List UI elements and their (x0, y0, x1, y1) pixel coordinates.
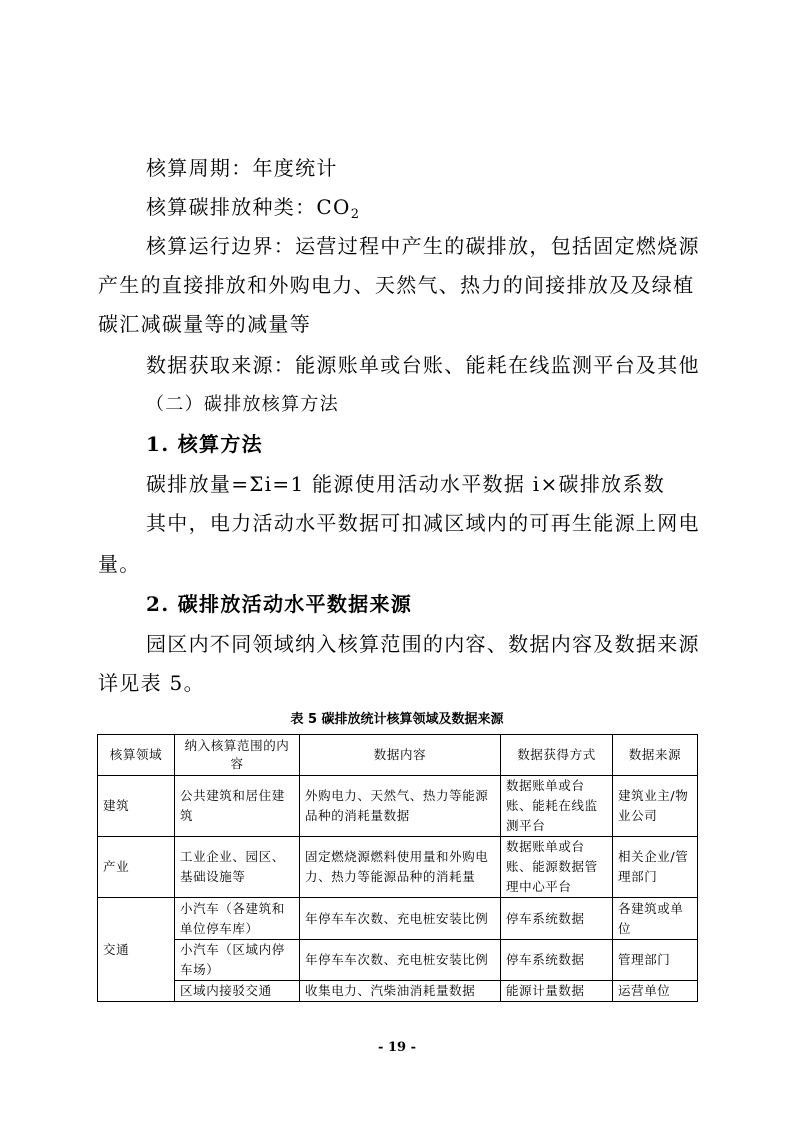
cell-method: 停车系统数据 (501, 940, 613, 981)
sub-heading-1: 1. 核算方法 (146, 432, 263, 456)
intro-line-1: 园区内不同领域纳入核算范围的内容、数据内容及数据来源 (146, 632, 700, 656)
cell-source: 建筑业主/物业公司 (613, 776, 698, 837)
note-line-1: 其中，电力活动水平数据可扣减区域内的可再生能源上网电 (146, 511, 700, 535)
header-domain: 核算领域 (98, 735, 175, 776)
header-content: 数据内容 (300, 735, 501, 776)
gas-type-value: CO (316, 195, 350, 219)
cell-content: 年停车车次数、充电桩安装比例 (300, 898, 501, 940)
cell-method: 能源计量数据 (501, 981, 613, 1002)
table-row: 产业 工业企业、园区、基础设施等 固定燃烧源燃料使用量和外购电力、热力等能源品种… (98, 837, 698, 898)
accounting-period: 核算周期：年度统计 (146, 156, 338, 180)
note-line-2: 量。 (98, 552, 141, 576)
gas-type: 核算碳排放种类：CO2 (146, 195, 359, 227)
document-page: 核算周期：年度统计 核算碳排放种类：CO2 核算运行边界：运营过程中产生的碳排放… (0, 0, 794, 1123)
cell-content: 固定燃烧源燃料使用量和外购电力、热力等能源品种的消耗量 (300, 837, 501, 898)
data-source-paragraph: 数据获取来源：能源账单或台账、能耗在线监测平台及其他 (146, 353, 700, 377)
table-header-row: 核算领域 纳入核算范围的内容 数据内容 数据获得方式 数据来源 (98, 735, 698, 776)
boundary-line-2: 产生的直接排放和外购电力、天然气、热力的间接排放及及绿植 (98, 273, 694, 297)
cell-scope: 公共建筑和居住建筑 (175, 776, 300, 837)
cell-content: 年停车车次数、充电桩安装比例 (300, 940, 501, 981)
cell-scope: 区域内接驳交通 (175, 981, 300, 1002)
boundary-line-3: 碳汇减碳量等的减量等 (98, 312, 311, 336)
cell-method: 停车系统数据 (501, 898, 613, 940)
data-source-table: 核算领域 纳入核算范围的内容 数据内容 数据获得方式 数据来源 建筑 公共建筑和… (97, 734, 698, 1002)
table-row: 交通 小汽车（各建筑和单位停车库） 年停车车次数、充电桩安装比例 停车系统数据 … (98, 898, 698, 940)
table-row: 小汽车（区域内停车场） 年停车车次数、充电桩安装比例 停车系统数据 管理部门 (98, 940, 698, 981)
cell-scope: 工业企业、园区、基础设施等 (175, 837, 300, 898)
cell-domain: 交通 (98, 898, 175, 1002)
page-number: - 19 - (0, 1040, 794, 1055)
table-caption: 表 5 碳排放统计核算领域及数据来源 (0, 712, 794, 728)
cell-method: 数据账单或台账、能耗在线监测平台 (501, 776, 613, 837)
cell-method: 数据账单或台账、能源数据管理中心平台 (501, 837, 613, 898)
cell-source: 运营单位 (613, 981, 698, 1002)
sub-heading-2: 2. 碳排放活动水平数据来源 (146, 592, 412, 616)
cell-scope: 小汽车（区域内停车场） (175, 940, 300, 981)
cell-source: 相关企业/管理部门 (613, 837, 698, 898)
cell-scope: 小汽车（各建筑和单位停车库） (175, 898, 300, 940)
cell-source: 管理部门 (613, 940, 698, 981)
cell-content: 收集电力、汽柴油消耗量数据 (300, 981, 501, 1002)
header-source: 数据来源 (613, 735, 698, 776)
section-heading: （二）碳排放核算方法 (146, 393, 339, 417)
header-scope: 纳入核算范围的内容 (175, 735, 300, 776)
header-method: 数据获得方式 (501, 735, 613, 776)
table-row: 建筑 公共建筑和居住建筑 外购电力、天然气、热力等能源品种的消耗量数据 数据账单… (98, 776, 698, 837)
cell-domain: 产业 (98, 837, 175, 898)
cell-domain: 建筑 (98, 776, 175, 837)
formula: 碳排放量=Σi=1 能源使用活动水平数据 i×碳排放系数 (146, 472, 665, 496)
gas-type-subscript: 2 (351, 207, 359, 222)
cell-source: 各建筑或单位 (613, 898, 698, 940)
table-row: 区域内接驳交通 收集电力、汽柴油消耗量数据 能源计量数据 运营单位 (98, 981, 698, 1002)
cell-content: 外购电力、天然气、热力等能源品种的消耗量数据 (300, 776, 501, 837)
intro-line-2: 详见表 5。 (98, 671, 205, 695)
boundary-line-1: 核算运行边界：运营过程中产生的碳排放，包括固定燃烧源 (146, 234, 700, 258)
gas-type-label: 核算碳排放种类： (146, 195, 316, 219)
